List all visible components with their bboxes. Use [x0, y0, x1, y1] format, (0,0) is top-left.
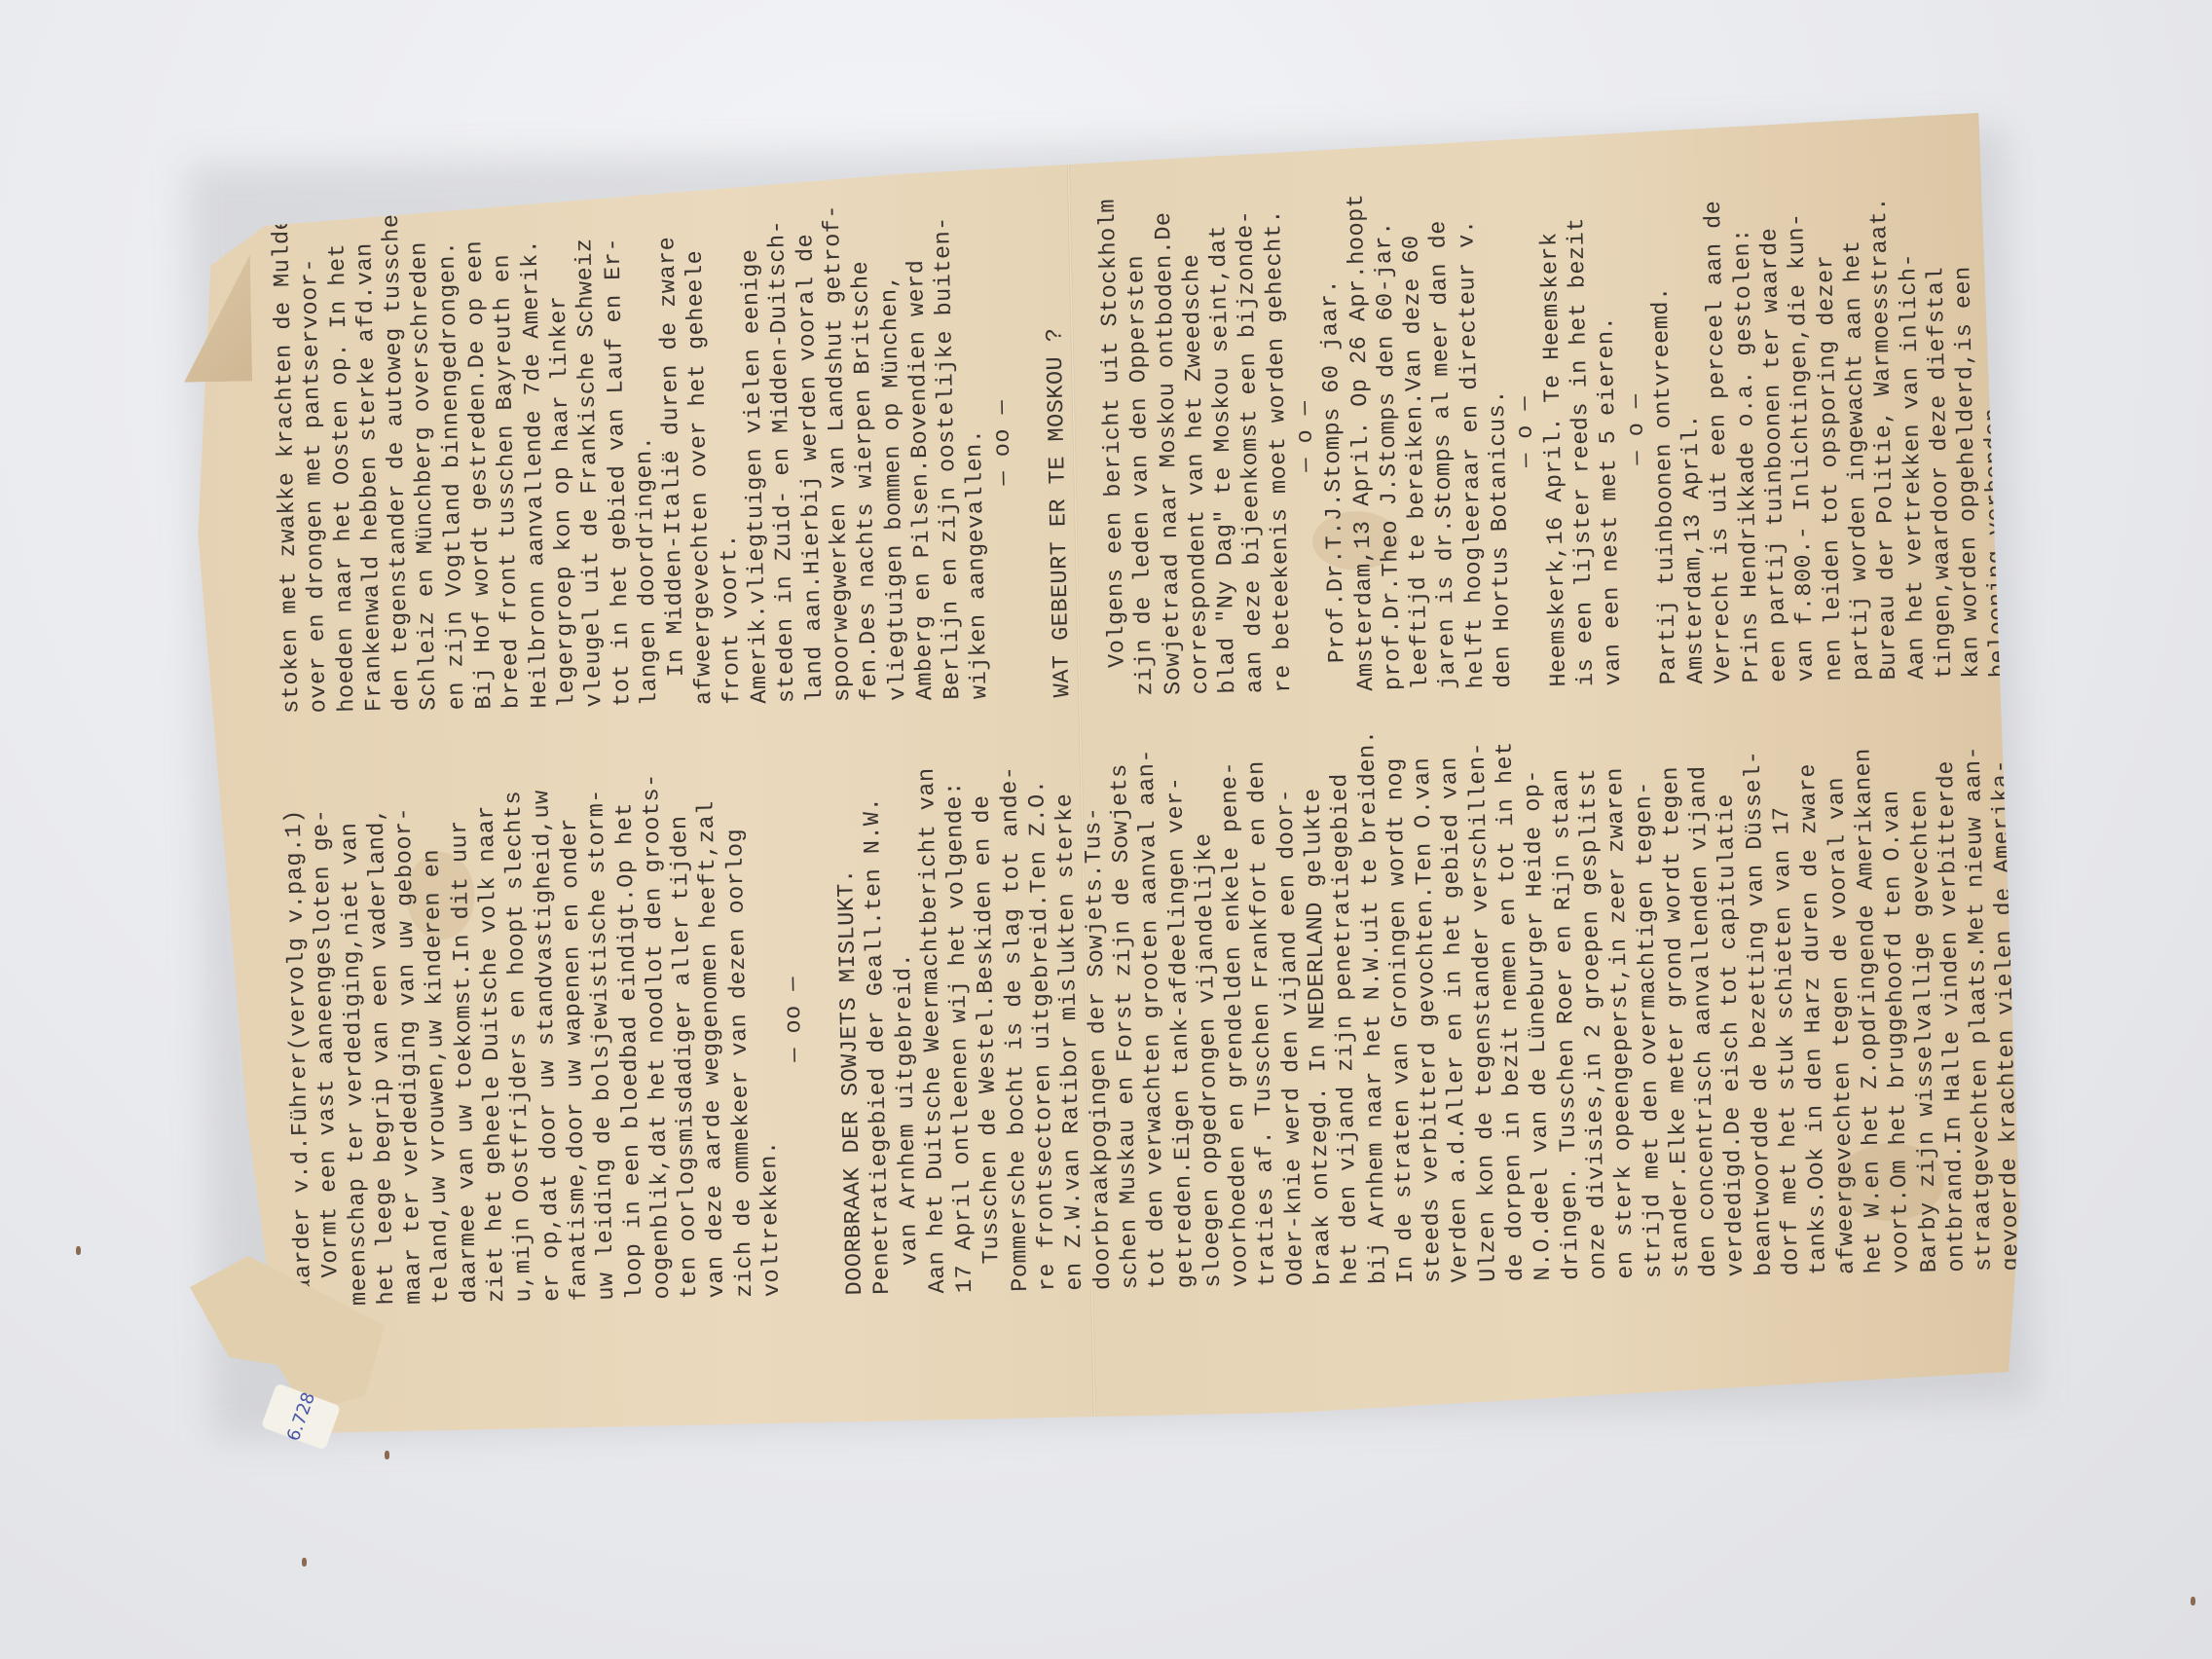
text-line: reeds voor de stad met hooge ver-: [2042, 716, 2081, 1271]
rotated-page-content: Daarder v.d.Führer(vervolg v.pag.1) Vorm…: [229, 172, 1967, 1377]
catalog-number: 6.728: [282, 1389, 318, 1444]
right-text-column: stoken met zwakke krachten de Muldeover …: [268, 167, 1914, 714]
debris-speck: [76, 1246, 81, 1255]
debris-speck: [385, 1451, 389, 1459]
left-text-column: Daarder v.d.Führer(vervolg v.pag.1) Vorm…: [279, 719, 1927, 1308]
text-line: gedrongen vijandelijke afdeelingen: [2097, 714, 2136, 1269]
debris-speck: [2191, 1597, 2195, 1605]
debris-speck: [302, 1558, 307, 1567]
document-sheet: Daarder v.d.Führer(vervolg v.pag.1) Vorm…: [171, 113, 2023, 1436]
text-line: liezen afgeslagen. Verder Z.O.op-: [2070, 715, 2109, 1270]
